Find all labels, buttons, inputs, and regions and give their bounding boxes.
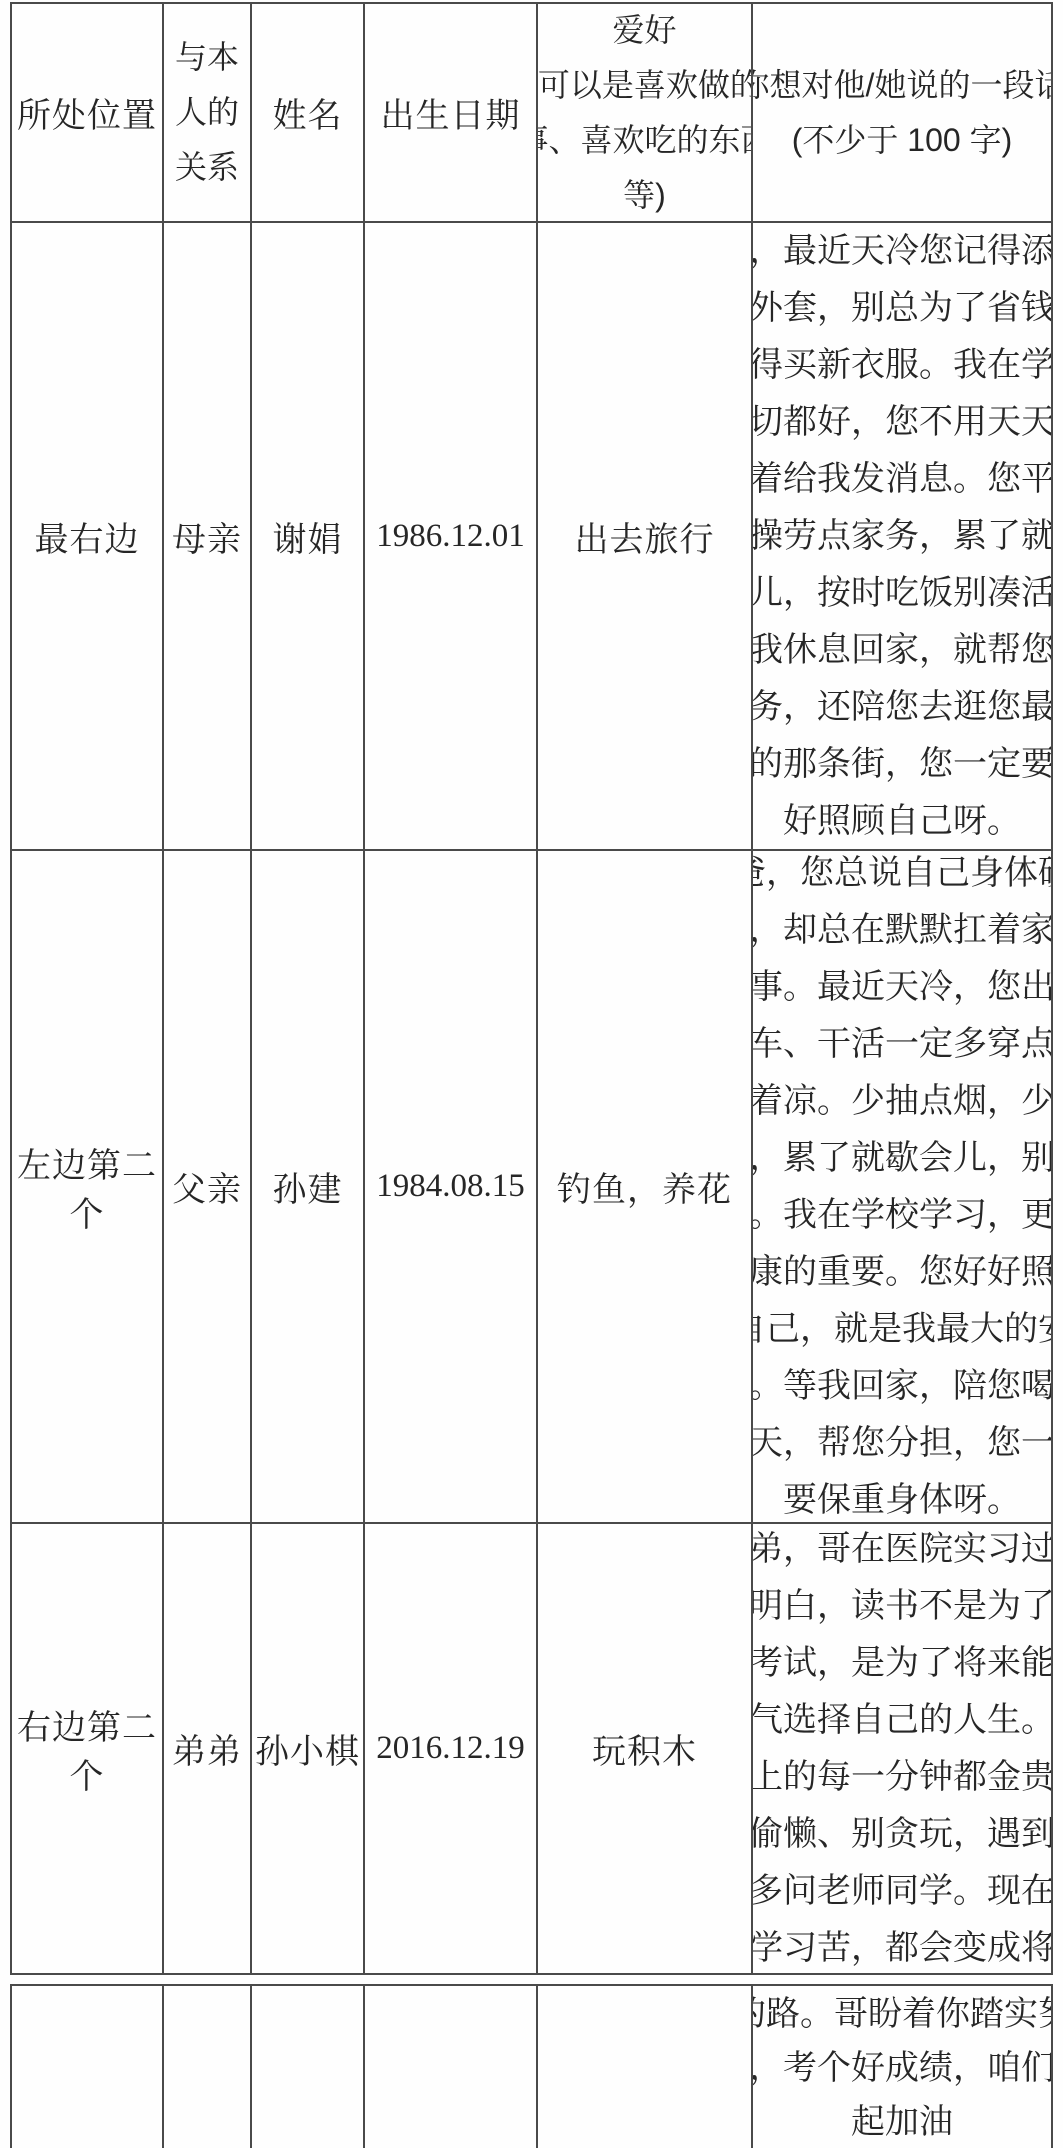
text-line: 付考试，是为了将来能有 [753, 1635, 1053, 1692]
text-line: 会儿，按时吃饭别凑活。 [753, 565, 1053, 622]
text-line: 的学习苦，都会变成将来 [753, 1920, 1053, 1974]
text-line: 力，考个好成绩，咱们一 [753, 2041, 1053, 2095]
cell-position: 左边第二个 [12, 851, 164, 1522]
position-value: 左边第二个 [12, 1138, 162, 1236]
cell-message: 妈，最近天冷您记得添件厚外套，别总为了省钱舍不得买新衣服。我在学校一切都好，您不… [753, 223, 1053, 849]
text-line: 你想对他/她说的一段话 [753, 58, 1053, 113]
text-line: 等) [623, 168, 666, 222]
text-line: 爱好 [612, 4, 676, 58]
cell-relation: 父亲 [164, 851, 252, 1522]
birth-date-value: 2016.12.19 [376, 1730, 525, 1767]
cell-message: 老弟，哥在医院实习过了才明白，读书不是为了应付考试，是为了将来能有底气选择自己的… [753, 1524, 1053, 1973]
header-relation: 与本人的关系 [164, 4, 252, 221]
text-line: 记着给我发消息。您平时 [753, 451, 1053, 508]
text-line: 朗，却总在默默扛着家里 [753, 902, 1053, 959]
cell-hobby: 出去旅行 [538, 223, 753, 849]
text-line: 人的 [175, 85, 239, 140]
text-line: 要保重身体呀。 [783, 1472, 1021, 1523]
cell-hobby: 玩积木 [538, 1524, 753, 1973]
text-line: 去的那条街，您一定要好 [753, 736, 1053, 793]
header-birth-date-label: 出生日期 [381, 88, 521, 137]
text-line: 自己，就是我最大的安 [753, 1301, 1053, 1358]
cell-name: 孙小棋 [252, 1524, 365, 1973]
table-row-mother: 最右边 母亲 谢娟 1986.12.01 出去旅行 妈，最近天冷您记得添件厚外套… [12, 223, 1053, 851]
relation-value: 弟弟 [172, 1724, 242, 1773]
text-line: 爸，您总说自己身体硬 [753, 851, 1053, 902]
text-line: 撑。我在学校学习，更懂 [753, 1187, 1053, 1244]
text-line: 别偷懒、别贪玩，遇到难 [753, 1806, 1053, 1863]
text-line: 的路。哥盼着你踏实努 [753, 1987, 1053, 2041]
cell-name: 谢娟 [252, 223, 365, 849]
position-value: 最右边 [35, 512, 140, 561]
text-line: 妈，最近天冷您记得添件 [753, 223, 1053, 280]
text-line: 好照顾自己呀。 [783, 793, 1021, 850]
text-line: (不少于 100 字) [792, 113, 1013, 168]
table-header-row: 所处位置 与本人的关系 姓名 出生日期 爱好(可以是喜欢做的事、喜欢吃的东西等)… [12, 4, 1053, 223]
cell-relation: 弟弟 [164, 1524, 252, 1973]
header-hobby: 爱好(可以是喜欢做的事、喜欢吃的东西等) [538, 4, 753, 221]
cell-birth-date: 1986.12.01 [365, 223, 538, 849]
cell-name: 孙建 [252, 851, 365, 1522]
header-birth-date: 出生日期 [365, 4, 538, 221]
cell-relation: 母亲 [164, 223, 252, 849]
text-line: 夜，累了就歇会儿，别硬 [753, 1130, 1053, 1187]
text-line: 题多问老师同学。现在吃 [753, 1863, 1053, 1920]
text-line: 别着凉。少抽点烟，少熬 [753, 1073, 1053, 1130]
cell-message: 爸，您总说自己身体硬朗，却总在默默扛着家里的事。最近天冷，您出门骑车、干活一定多… [753, 851, 1053, 1522]
family-table: 所处位置 与本人的关系 姓名 出生日期 爱好(可以是喜欢做的事、喜欢吃的东西等)… [10, 2, 1053, 1975]
text-line: 堂上的每一分钟都金贵， [753, 1749, 1053, 1806]
cell-hobby [538, 1986, 753, 2148]
hobby-value: 钓鱼，养花 [557, 1162, 732, 1211]
text-line: 聊天，帮您分担，您一定 [753, 1415, 1053, 1472]
cell-birth-date: 1984.08.15 [365, 851, 538, 1522]
text-line: 厚外套，别总为了省钱舍 [753, 280, 1053, 337]
cell-position: 最右边 [12, 223, 164, 849]
relation-value: 父亲 [172, 1162, 242, 1211]
text-line: (可以是喜欢做的 [538, 58, 753, 113]
birth-date-value: 1984.08.15 [376, 1168, 525, 1205]
cell-hobby: 钓鱼，养花 [538, 851, 753, 1522]
header-position: 所处位置 [12, 4, 164, 221]
header-message: 你想对他/她说的一段话(不少于 100 字) [753, 4, 1053, 221]
cell-message: 的路。哥盼着你踏实努力，考个好成绩，咱们一起加油 [753, 1986, 1053, 2148]
name-value: 孙小棋 [255, 1724, 360, 1773]
text-line: 老弟，哥在医院实习过了 [753, 1524, 1053, 1578]
text-line: 起加油 [851, 2095, 953, 2148]
table-row-father: 左边第二个 父亲 孙建 1984.08.15 钓鱼，养花 爸，您总说自己身体硬朗… [12, 851, 1053, 1524]
position-value: 右边第二个 [12, 1700, 162, 1798]
scanned-document-page: 所处位置 与本人的关系 姓名 出生日期 爱好(可以是喜欢做的事、喜欢吃的东西等)… [0, 2, 1063, 2148]
header-position-label: 所处位置 [17, 88, 157, 137]
cell-name [252, 1986, 365, 2148]
cell-position: 右边第二个 [12, 1524, 164, 1973]
birth-date-value: 1986.12.01 [376, 518, 525, 555]
text-line: 等我休息回家，就帮您做 [753, 622, 1053, 679]
text-line: 底气选择自己的人生。课 [753, 1692, 1053, 1749]
table-row-brother: 右边第二个 弟弟 孙小棋 2016.12.19 玩积木 老弟，哥在医院实习过了才… [12, 1524, 1053, 1975]
text-line: 不得买新衣服。我在学校 [753, 337, 1053, 394]
name-value: 谢娟 [273, 512, 343, 561]
text-line: 的事。最近天冷，您出门 [753, 959, 1053, 1016]
text-line: 心。等我回家，陪您喝茶 [753, 1358, 1053, 1415]
header-name: 姓名 [252, 4, 365, 221]
family-table-continued: 的路。哥盼着你踏实努力，考个好成绩，咱们一起加油 [10, 1984, 1053, 2148]
text-line: 一切都好，您不用天天惦 [753, 394, 1053, 451]
header-name-label: 姓名 [273, 88, 343, 137]
name-value: 孙建 [273, 1162, 343, 1211]
text-line: 家务，还陪您去逛您最爱 [753, 679, 1053, 736]
cell-birth-date: 2016.12.19 [365, 1524, 538, 1973]
text-line: 少操劳点家务，累了就歇 [753, 508, 1053, 565]
cell-relation [164, 1986, 252, 2148]
text-line: 事、喜欢吃的东西 [538, 113, 753, 168]
table-row-continuation: 的路。哥盼着你踏实努力，考个好成绩，咱们一起加油 [12, 1986, 1053, 2148]
text-line: 才明白，读书不是为了应 [753, 1578, 1053, 1635]
text-line: 骑车、干活一定多穿点， [753, 1016, 1053, 1073]
cell-position [12, 1986, 164, 2148]
text-line: 健康的重要。您好好照顾 [753, 1244, 1053, 1301]
hobby-value: 玩积木 [592, 1724, 697, 1773]
text-line: 与本 [175, 30, 239, 85]
text-line: 关系 [175, 140, 239, 195]
relation-value: 母亲 [172, 512, 242, 561]
cell-birth-date [365, 1986, 538, 2148]
page-break-gap [0, 1975, 1063, 1984]
hobby-value: 出去旅行 [575, 512, 715, 561]
